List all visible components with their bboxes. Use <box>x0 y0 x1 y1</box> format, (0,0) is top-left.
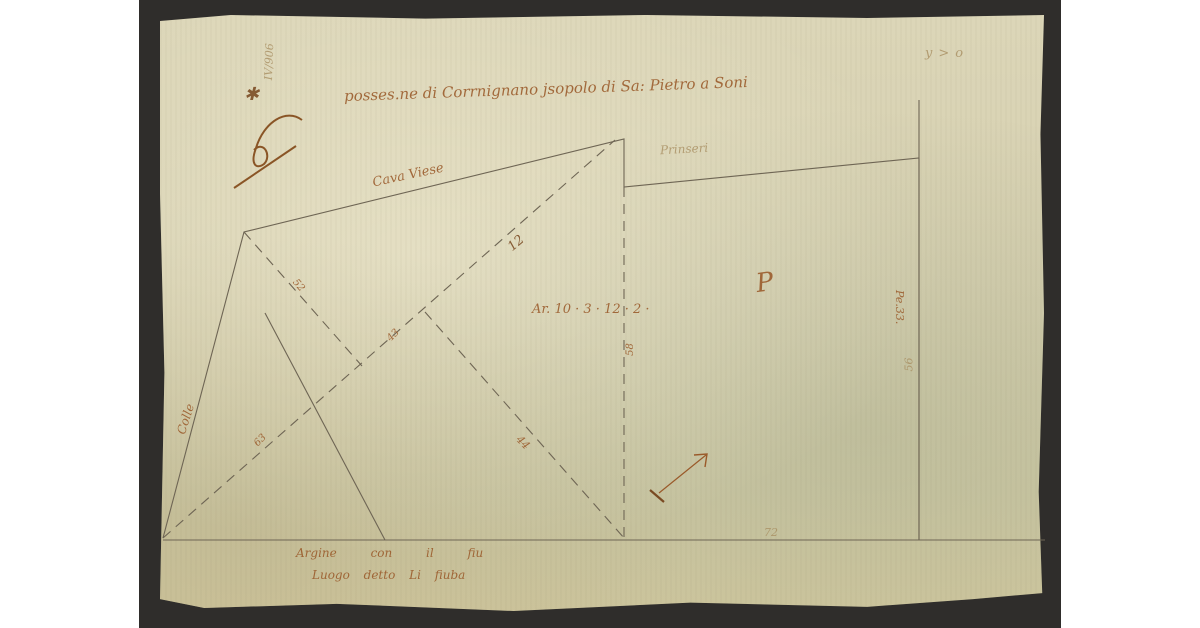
label-prinseri: Prinseri <box>660 141 709 158</box>
corner-mark-2: > <box>938 46 955 61</box>
catalog-mark: IV/906 <box>262 43 276 80</box>
field-letter: P <box>754 267 776 299</box>
parcel-boundary <box>163 139 919 540</box>
area-measurement: Ar. 10 · 3 · 12 · 2 · <box>532 302 650 317</box>
interior-line <box>265 313 385 540</box>
corner-mark-1: y <box>925 46 938 61</box>
measure-east-side: 56 <box>903 358 916 372</box>
folio-number-flourish <box>234 116 302 188</box>
label-south-line1: Argine con il fiu <box>296 546 483 560</box>
label-south-line2: Luogo detto Li fiuba <box>312 568 465 582</box>
measure-vertical-center: 58 <box>625 343 636 356</box>
label-east-neighbour: Pe.33. <box>893 290 906 324</box>
corner-mark-3: o <box>955 46 969 61</box>
perpendicular-dashed-upper <box>244 232 362 366</box>
measure-south-side: 72 <box>764 526 778 539</box>
star-mark-icon: ✱ <box>244 84 259 105</box>
corner-marks: y>o <box>925 46 969 61</box>
compass-arrow-icon <box>650 454 707 502</box>
perpendicular-dashed-lower <box>425 312 624 538</box>
